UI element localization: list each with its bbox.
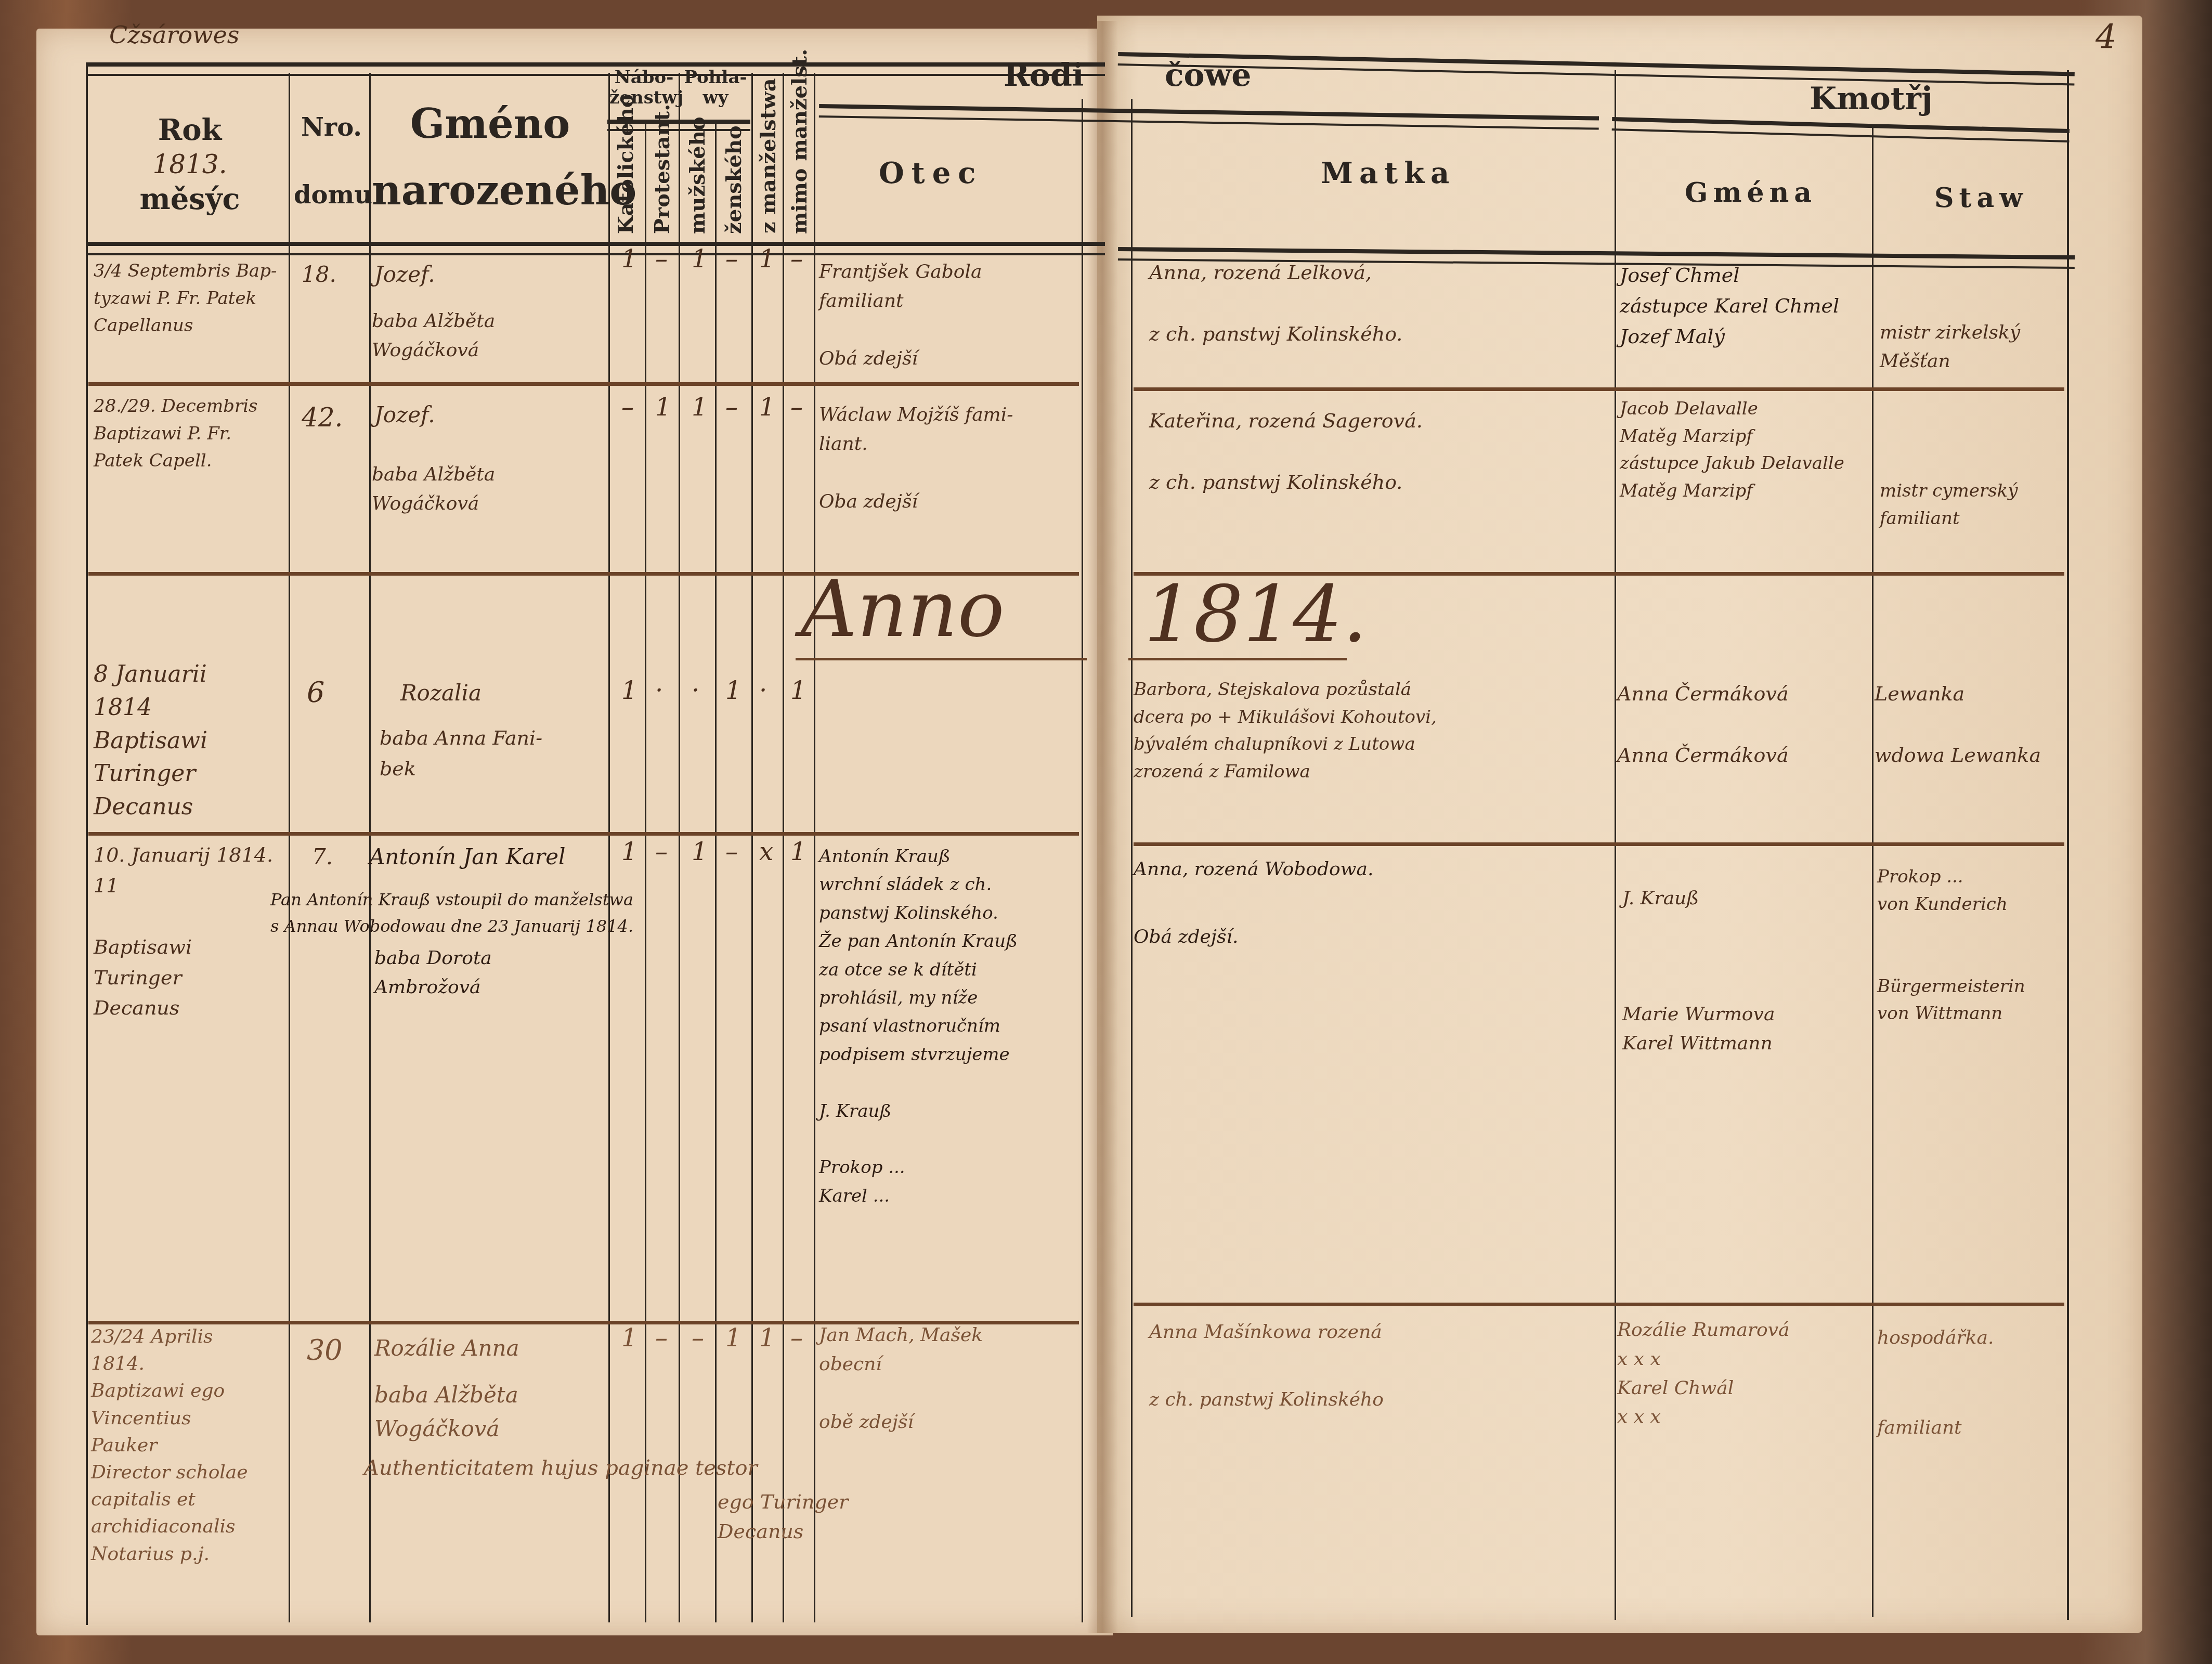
entry-5-zensky: 1 [725, 1323, 741, 1353]
entry-3-mimo: 1 [790, 676, 806, 705]
entry-5-protestant: – [655, 1323, 668, 1353]
header-top-rule [86, 62, 1105, 76]
header-narozeneho-label: narozeného [372, 165, 608, 216]
page-number: 4 [2096, 18, 2117, 57]
entry-4-legitimation-note: Pan Antonín Krauß vstoupil do manželstwa… [270, 887, 749, 940]
entry-1-z-manzelstwa: 1 [759, 244, 775, 274]
anno-year: 1814. [1144, 569, 1367, 660]
anno-label: Anno [801, 564, 1005, 655]
header-mesyc-label: měsýc [91, 181, 289, 217]
header-rodicowe-left: Rodi [1004, 57, 1084, 94]
entry-3-protestant: · [655, 676, 663, 705]
entry-4-otec: Antonín Krauß wrchní sládek z ch. panstw… [819, 842, 1079, 1210]
header-gmeno-label: Gméno [372, 99, 608, 150]
col-line [608, 73, 610, 1622]
entry-4-mimo: 1 [790, 837, 806, 866]
book-gutter [1087, 21, 1118, 1633]
entry-4-katolicky: 1 [621, 837, 637, 866]
entry-3-midwife: baba Anna Fani- bek [380, 723, 603, 784]
header-muzskeho: mužského [685, 130, 710, 234]
entry-1-kmotri-staw: mistr zirkelský Měšťan [1880, 260, 2067, 376]
header-gmena: Gména [1685, 177, 1817, 209]
entry-2-midwife: baba Alžběta Wogáčková [372, 460, 606, 518]
entry-3-date: 8 Januarii 1814 Baptisawi Turinger Decan… [94, 658, 286, 824]
header-nro-domu: Nro. domu [294, 112, 369, 211]
entry-1-mimo: – [790, 244, 803, 274]
entry-4-zensky: – [725, 837, 738, 866]
anno-underline [1128, 658, 1347, 660]
header-kmotri: Kmotřj [1810, 81, 1933, 117]
header-rok: Rok 1813. měsýc [91, 112, 289, 217]
entry-4-protestant: – [655, 837, 668, 866]
entry-3-katolicky: 1 [621, 676, 637, 705]
entry-1-zensky: – [725, 244, 738, 274]
header-pohlawy: Pohla-wy [680, 68, 751, 108]
header-year: 1813. [91, 148, 289, 181]
entry-2-mimo: – [790, 393, 803, 422]
anno-underline [796, 658, 1087, 660]
entry-5-katolicky: 1 [621, 1323, 637, 1353]
entry-2-muzsky: 1 [692, 393, 708, 422]
entry-5-midwife: baba Alžběta Wogáčková [374, 1378, 603, 1446]
attestation-signature: ego Turinger Decanus [718, 1487, 853, 1546]
entry-5-z-manzelstwa: 1 [759, 1323, 775, 1353]
row-separator [88, 382, 1079, 386]
entry-1-kmotri-gmena: Josef Chmel zástupce Karel Chmel Jozef M… [1620, 260, 1869, 352]
col-line [1131, 99, 1133, 1617]
col-line [679, 73, 680, 1622]
header-bottom-rule [86, 242, 1105, 255]
col-line [783, 73, 784, 1622]
entry-3-kmotri-staw: Lewanka wdowa Lewanka [1875, 679, 2067, 771]
entry-2-matka: Kateřina, rozená Sagerová. z ch. panstwj… [1149, 406, 1607, 498]
col-line [1082, 99, 1083, 1622]
entry-3-muzsky: · [692, 676, 699, 705]
entry-4-midwife: baba Dorota Ambrožová [374, 944, 603, 1002]
entry-5-kmotri-gmena: Rozálie Rumarová x x x Karel Chwál x x x [1617, 1316, 1867, 1432]
entry-1-otec: Frantjšek Gabola familiant Obá zdejší [819, 257, 1079, 373]
col-line [715, 120, 717, 1622]
col-line [645, 120, 646, 1622]
entry-5-date: 23/24 Aprilis 1814. Baptizawi ego Vincen… [91, 1323, 294, 1568]
header-zenskeho: ženského [722, 130, 746, 234]
entry-3-matka: Barbora, Stejskalova pozůstalá dcera po … [1134, 676, 1612, 786]
entry-2-zensky: – [725, 393, 738, 422]
entry-1-muzsky: 1 [692, 244, 708, 274]
entry-3-kmotri-gmena: Anna Čermáková Anna Čermáková [1617, 679, 1867, 771]
entry-5-matka: Anna Mašínkowa rozená z ch. panstwj Koli… [1149, 1316, 1607, 1416]
entry-4-kmotri-gmena: J. Krauß Marie Wurmova Karel Wittmann [1622, 884, 1867, 1058]
entry-2-z-manzelstwa: 1 [759, 393, 775, 422]
entry-1-katolicky: 1 [621, 244, 637, 274]
header-z-manzelstwa: z manželstwa [756, 78, 780, 234]
header-gmeno: Gméno narozeného [372, 99, 608, 216]
entry-5-house: 30 [307, 1329, 343, 1372]
attestation-text: Authenticitatem hujus paginae testor [364, 1456, 758, 1480]
entry-2-protestant: 1 [655, 393, 671, 422]
entry-1-house: 18. [302, 257, 336, 291]
entry-4-matka: Anna, rozená Wobodowa. Obá zdejší. [1134, 853, 1602, 954]
entry-3-house: 6 [307, 671, 324, 714]
header-matka: Matka [1321, 156, 1455, 190]
header-rok-label: Rok [91, 112, 289, 148]
entry-1-protestant: – [655, 244, 668, 274]
header-katolickeho: Katolického [614, 130, 638, 234]
entry-3-zensky: 1 [725, 676, 741, 705]
entry-4-name: Antonín Jan Karel [369, 840, 608, 874]
row-separator [1134, 387, 2064, 391]
entry-1-date: 3/4 Septembris Bap- tyzawi P. Fr. Patek … [94, 257, 286, 340]
entry-2-kmotri-gmena: Jacob Delavalle Matěg Marzipf zástupce J… [1620, 395, 1869, 505]
entry-5-otec: Jan Mach, Mašek obecní obě zdejší [819, 1321, 1079, 1437]
col-line [814, 73, 815, 1622]
entry-4-date: 10. Januarij 1814. 11 Baptisawi Turinger… [94, 840, 291, 1023]
entry-3-z-manzelstwa: · [759, 676, 767, 705]
entry-2-katolicky: – [621, 393, 634, 422]
header-mimo-manzelst: mimo manželst. [787, 73, 812, 234]
entry-4-z-manzelstwa: x [759, 837, 773, 866]
header-domu-label: domu [294, 179, 369, 211]
entry-5-mimo: – [790, 1323, 803, 1353]
entry-4-house: 7. [312, 840, 333, 874]
entry-5-muzsky: – [692, 1323, 704, 1353]
entry-1-midwife: baba Alžběta Wogáčková [372, 307, 606, 365]
entry-2-house: 42. [302, 398, 343, 438]
entry-3-name: Rozalia [400, 676, 482, 710]
corner-note-village: Cžsárowes [109, 21, 239, 49]
col-line [86, 65, 88, 1625]
header-protestant: Protestant. [650, 130, 674, 234]
header-otec: Otec [879, 156, 983, 190]
row-separator [1134, 842, 2064, 846]
entry-2-date: 28./29. Decembris Baptizawi P. Fr. Patek… [94, 393, 286, 475]
entry-2-otec: Wáclaw Mojžíš fami- liant. Oba zdejší [819, 400, 1079, 516]
entry-4-muzsky: 1 [692, 837, 708, 866]
row-separator [1134, 1303, 2064, 1306]
col-line [751, 73, 753, 1622]
entry-1-matka: Anna, rozená Lelková, z ch. panstwj Koli… [1149, 257, 1607, 349]
entry-2-name: Jozef. [374, 398, 435, 432]
entry-5-name: Rozálie Anna [374, 1331, 603, 1365]
entry-4-kmotri-staw: Prokop ... von Kunderich Bürgermeisterin… [1877, 863, 2070, 1028]
entry-2-kmotri-staw: mistr cymerský familiant [1880, 395, 2067, 532]
header-staw: Staw [1934, 182, 2028, 214]
header-nro-label: Nro. [294, 112, 369, 143]
header-rodicowe-right: čowe [1165, 57, 1251, 94]
col-line [1872, 125, 1873, 1617]
entry-1-name: Jozef. [374, 257, 435, 291]
entry-5-kmotri-staw: hospodářka. familiant [1877, 1316, 2070, 1450]
row-separator [88, 832, 1079, 836]
